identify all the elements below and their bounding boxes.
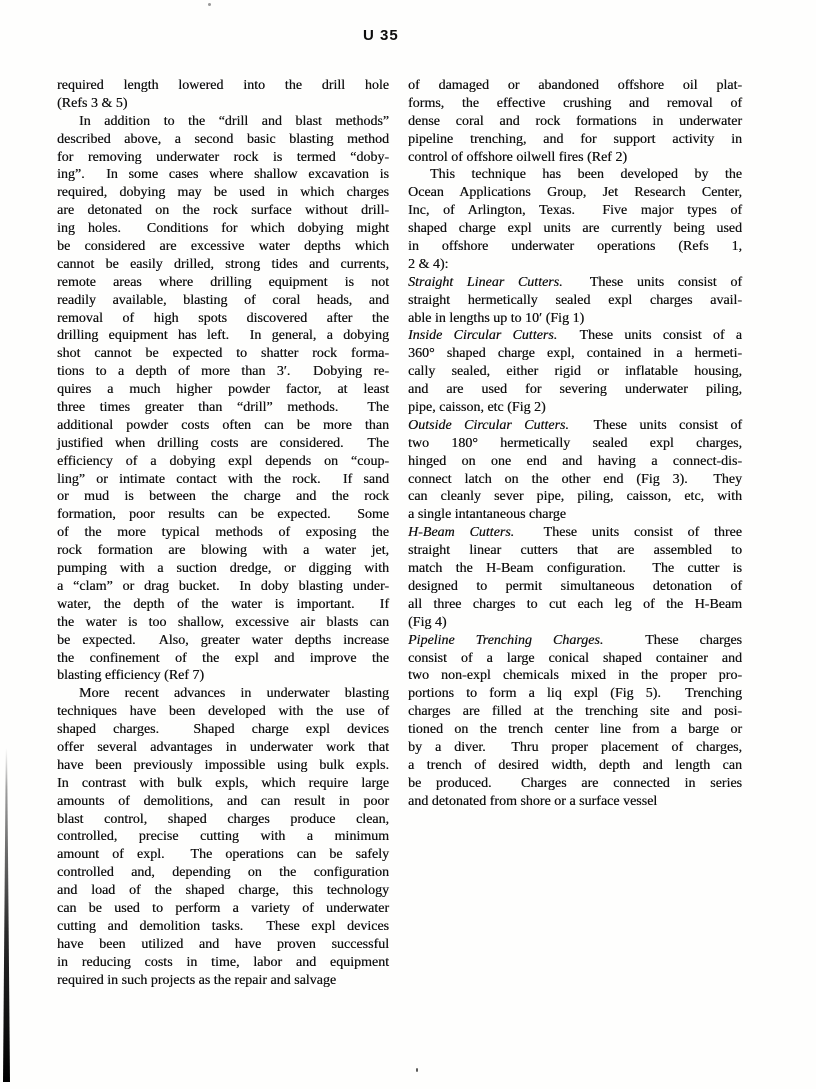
text-line: able in lengths up to 10′ (Fig 1) <box>408 310 742 328</box>
text-line: justified when drilling costs are consid… <box>57 435 389 453</box>
text-line: (Refs 3 & 5) <box>57 95 389 113</box>
text-line: efficiency of a dobying expl depends on … <box>57 453 389 471</box>
text-line: a trench of desired width, depth and len… <box>408 757 742 775</box>
text-line: designed to permit simultaneous detonati… <box>408 578 742 596</box>
text-line: controlled, precise cutting with a minim… <box>57 828 389 846</box>
text-line: rock formation are blowing with a water … <box>57 542 389 560</box>
text-line: techniques have been developed with the … <box>57 703 389 721</box>
text-line: in reducing costs in time, labor and equ… <box>57 954 389 972</box>
text-line: Straight Linear Cutters. These units con… <box>408 274 742 292</box>
text-line: be considered are excessive water depths… <box>57 238 389 256</box>
text-line: control of offshore oilwell fires (Ref 2… <box>408 149 742 167</box>
text-line: required, dobying may be used in which c… <box>57 184 389 202</box>
text-line: described above, a second basic blasting… <box>57 131 389 149</box>
text-line: ling” or intimate contact with the rock.… <box>57 471 389 489</box>
text-line: pipe, caisson, etc (Fig 2) <box>408 399 742 417</box>
text-line: of the more typical methods of exposing … <box>57 524 389 542</box>
text-line: the water is too shallow, excessive air … <box>57 614 389 632</box>
text-line: consist of a large conical shaped contai… <box>408 650 742 668</box>
term-italic: Pipeline Trenching Charges. <box>408 633 603 648</box>
text-line: be produced. Charges are connected in se… <box>408 775 742 793</box>
right-column: of damaged or abandoned offshore oil pla… <box>408 77 742 811</box>
text-line: in offshore underwater operations (Refs … <box>408 238 742 256</box>
term-italic: Inside Circular Cutters. <box>408 328 557 343</box>
text-line: additional powder costs often can be mor… <box>57 417 389 435</box>
text-line: In contrast with bulk expls, which requi… <box>57 775 389 793</box>
text-line: cannot be easily drilled, strong tides a… <box>57 256 389 274</box>
scan-speck-artifact <box>356 123 358 126</box>
text-line: have been utilized and have proven succe… <box>57 936 389 954</box>
text-line: readily available, blasting of coral hea… <box>57 292 389 310</box>
text-line: pipeline trenching, and for support acti… <box>408 131 742 149</box>
document-page: U 35 required length lowered into the dr… <box>0 0 816 1089</box>
text-line: blasting efficiency (Ref 7) <box>57 667 389 685</box>
text-line: 2 & 4): <box>408 256 742 274</box>
text-line: required length lowered into the drill h… <box>57 77 389 95</box>
text-line: cally sealed, either rigid or inflatable… <box>408 363 742 381</box>
text-line: or mud is between the charge and the roc… <box>57 488 389 506</box>
text-line: two 180° hermetically sealed expl charge… <box>408 435 742 453</box>
scan-edge-bar-artifact <box>3 748 10 1082</box>
text-line: by a diver. Thru proper placement of cha… <box>408 739 742 757</box>
text-line: shaped charge expl units are currently b… <box>408 220 742 238</box>
page-number: U 35 <box>363 27 399 44</box>
scan-speck-artifact <box>416 1068 418 1072</box>
text-line: match the H-Beam configuration. The cutt… <box>408 560 742 578</box>
text-line: of damaged or abandoned offshore oil pla… <box>408 77 742 95</box>
text-line: Inc, of Arlington, Texas. Five major typ… <box>408 202 742 220</box>
text-run: These units consist of a <box>557 328 742 343</box>
text-line: a “clam” or drag bucket. In doby blastin… <box>57 578 389 596</box>
text-line: required in such projects as the repair … <box>57 972 389 990</box>
text-line: shot cannot be expected to shatter rock … <box>57 345 389 363</box>
text-line: Outside Circular Cutters. These units co… <box>408 417 742 435</box>
text-run: These units consist of three <box>514 525 742 540</box>
text-line: removal of high spots discovered after t… <box>57 310 389 328</box>
text-line: formation, poor results can be expected.… <box>57 506 389 524</box>
text-line: and load of the shaped charge, this tech… <box>57 882 389 900</box>
text-line: amounts of demolitions, and can result i… <box>57 793 389 811</box>
text-line: This technique has been developed by the <box>408 166 742 184</box>
text-run: These units consist of <box>563 275 742 290</box>
term-italic: H-Beam Cutters. <box>408 525 514 540</box>
text-line: Pipeline Trenching Charges. These charge… <box>408 632 742 650</box>
text-line: tioned on the trench center line from a … <box>408 721 742 739</box>
text-line: the confinement of the expl and improve … <box>57 650 389 668</box>
text-line: forms, the effective crushing and remova… <box>408 95 742 113</box>
text-line: and detonated from shore or a surface ve… <box>408 793 742 811</box>
text-line: straight hermetically sealed expl charge… <box>408 292 742 310</box>
text-line: remote areas where drilling equipment is… <box>57 274 389 292</box>
text-line: all three charges to cut each leg of the… <box>408 596 742 614</box>
text-line: Inside Circular Cutters. These units con… <box>408 327 742 345</box>
text-line: More recent advances in underwater blast… <box>57 685 389 703</box>
text-line: quires a much higher powder factor, at l… <box>57 381 389 399</box>
text-line: blast control, shaped charges produce cl… <box>57 811 389 829</box>
text-line: straight linear cutters that are assembl… <box>408 542 742 560</box>
text-line: three times greater than “drill” methods… <box>57 399 389 417</box>
text-line: In addition to the “drill and blast meth… <box>57 113 389 131</box>
term-italic: Straight Linear Cutters. <box>408 275 563 290</box>
text-run: These charges <box>603 633 742 648</box>
text-line: can be used to perform a variety of unde… <box>57 900 389 918</box>
text-line: have been previously impossible using bu… <box>57 757 389 775</box>
text-line: charges are filled at the trenching site… <box>408 703 742 721</box>
text-line: drilling equipment has left. In general,… <box>57 327 389 345</box>
left-column: required length lowered into the drill h… <box>57 77 389 989</box>
text-line: H-Beam Cutters. These units consist of t… <box>408 524 742 542</box>
text-run: These units consist of <box>569 418 742 433</box>
text-line: water, the depth of the water is importa… <box>57 596 389 614</box>
text-line: offer several advantages in underwater w… <box>57 739 389 757</box>
text-line: connect latch on the other end (Fig 3). … <box>408 471 742 489</box>
text-line: can cleanly sever pipe, piling, caisson,… <box>408 488 742 506</box>
text-line: for removing underwater rock is termed “… <box>57 149 389 167</box>
text-line: are detonated on the rock surface withou… <box>57 202 389 220</box>
text-line: portions to form a liq expl (Fig 5). Tre… <box>408 685 742 703</box>
text-line: be expected. Also, greater water depths … <box>57 632 389 650</box>
text-line: tions to a depth of more than 3′. Dobyin… <box>57 363 389 381</box>
text-line: shaped charges. Shaped charge expl devic… <box>57 721 389 739</box>
text-line: Ocean Applications Group, Jet Research C… <box>408 184 742 202</box>
text-line: two non-expl chemicals mixed in the prop… <box>408 667 742 685</box>
text-line: controlled and, depending on the configu… <box>57 864 389 882</box>
text-line: a single intantaneous charge <box>408 506 742 524</box>
text-line: (Fig 4) <box>408 614 742 632</box>
term-italic: Outside Circular Cutters. <box>408 418 569 433</box>
scan-speck-artifact <box>208 3 211 6</box>
text-line: ing holes. Conditions for which dobying … <box>57 220 389 238</box>
text-line: dense coral and rock formations in under… <box>408 113 742 131</box>
text-line: hinged on one end and having a connect-d… <box>408 453 742 471</box>
text-line: and are used for severing underwater pil… <box>408 381 742 399</box>
text-line: ing”. In some cases where shallow excava… <box>57 166 389 184</box>
text-line: 360° shaped charge expl, contained in a … <box>408 345 742 363</box>
text-line: cutting and demolition tasks. These expl… <box>57 918 389 936</box>
text-line: pumping with a suction dredge, or diggin… <box>57 560 389 578</box>
text-line: amount of expl. The operations can be sa… <box>57 846 389 864</box>
